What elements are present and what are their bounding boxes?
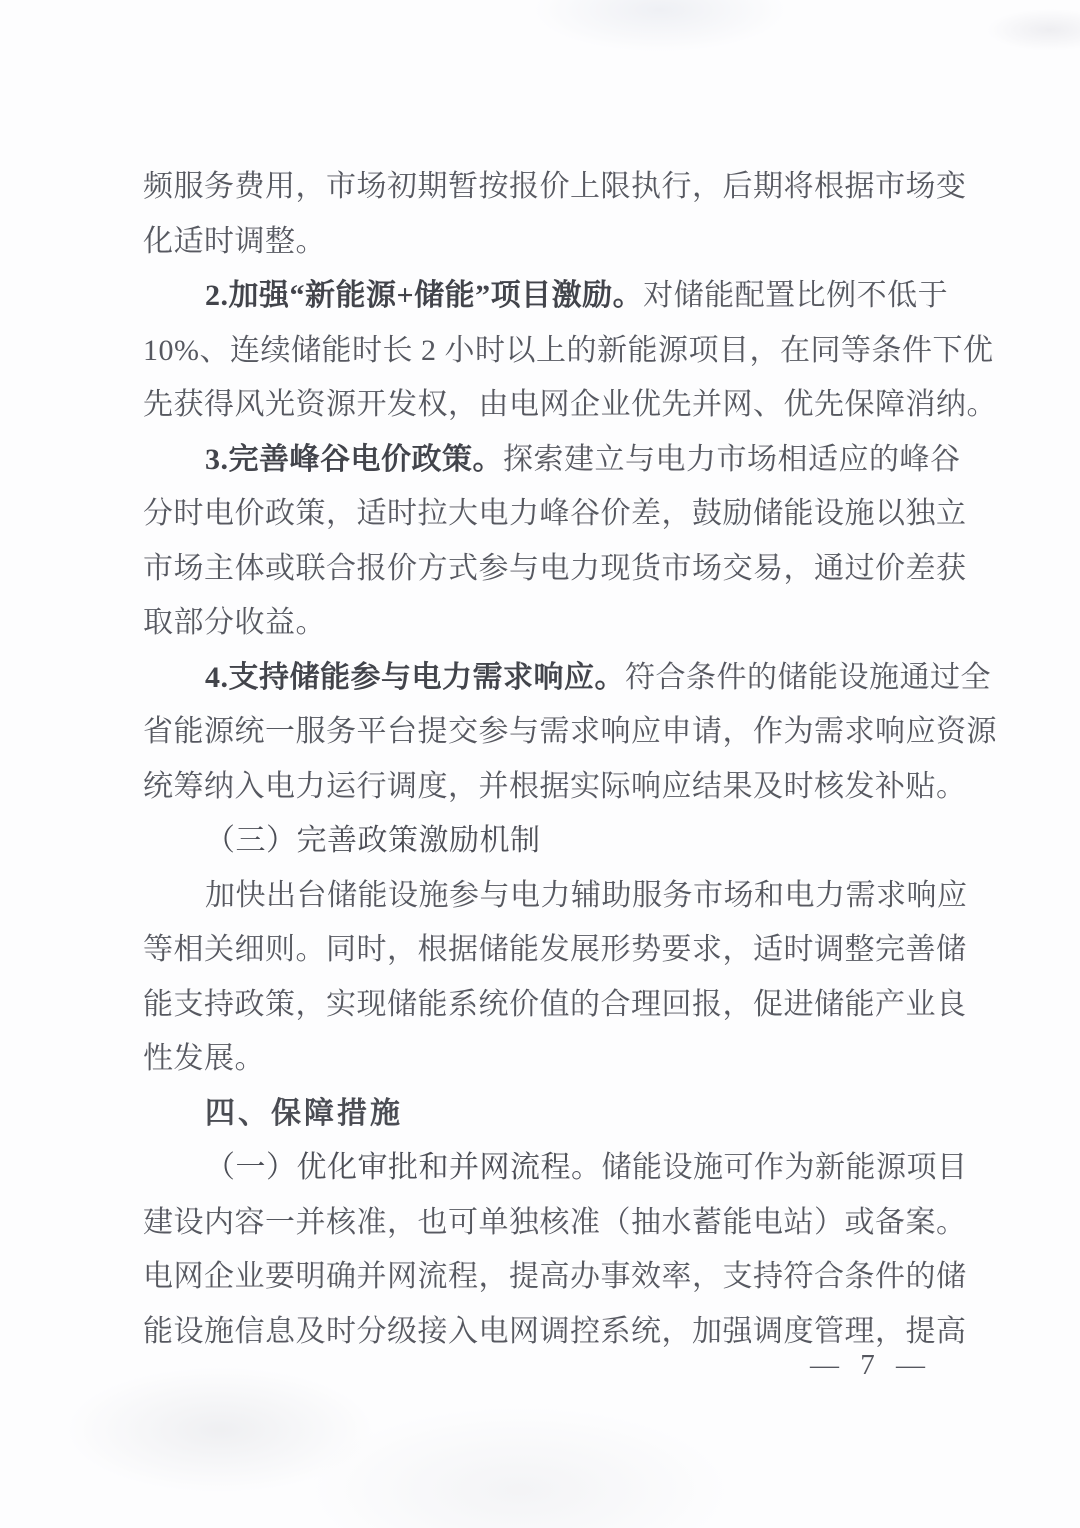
text-segment: 对储能配置比例不低于: [643, 279, 948, 312]
text-segment: 频服务费用，市场初期暂按报价上限执行，后期将根据市场变: [143, 170, 967, 203]
text-segment: 分时电价政策，适时拉大电力峰谷价差，鼓励储能设施以独立: [143, 497, 967, 530]
text-line: 性发展。: [143, 1032, 948, 1087]
text-segment: 先获得风光资源开发权，由电网企业优先并网、优先保障消纳。: [143, 388, 997, 421]
text-line: 先获得风光资源开发权，由电网企业优先并网、优先保障消纳。: [143, 378, 948, 433]
text-line: 3.完善峰谷电价政策。探索建立与电力市场相适应的峰谷: [143, 433, 948, 488]
text-line: 取部分收益。: [143, 596, 948, 651]
text-line: 频服务费用，市场初期暂按报价上限执行，后期将根据市场变: [143, 160, 948, 215]
text-segment: 10%、连续储能时长 2 小时以上的新能源项目，在同等条件下优: [143, 334, 994, 367]
text-line: （一）优化审批和并网流程。储能设施可作为新能源项目: [143, 1141, 948, 1196]
text-segment: 等相关细则。同时，根据储能发展形势要求，适时调整完善储: [143, 933, 967, 966]
text-segment: 加快出台储能设施参与电力辅助服务市场和电力需求响应: [205, 879, 968, 912]
text-line: 能支持政策，实现储能系统价值的合理回报，促进储能产业良: [143, 978, 948, 1033]
text-segment: 取部分收益。: [143, 606, 326, 639]
bold-lead-text: 4.支持储能参与电力需求响应。: [205, 661, 625, 694]
text-segment: （三）完善政策激励机制: [205, 824, 541, 857]
text-line: （三）完善政策激励机制: [143, 814, 948, 869]
text-line: 加快出台储能设施参与电力辅助服务市场和电力需求响应: [143, 869, 948, 924]
text-segment: 市场主体或联合报价方式参与电力现货市场交易，通过价差获: [143, 552, 967, 585]
text-line: 统筹纳入电力运行调度，并根据实际响应结果及时核发补贴。: [143, 760, 948, 815]
text-segment: 省能源统一服务平台提交参与需求响应申请，作为需求响应资源: [143, 715, 997, 748]
text-line: 化适时调整。: [143, 215, 948, 270]
text-line: 四、保障措施: [143, 1087, 948, 1142]
text-line: 10%、连续储能时长 2 小时以上的新能源项目，在同等条件下优: [143, 324, 948, 379]
text-line: 市场主体或联合报价方式参与电力现货市场交易，通过价差获: [143, 542, 948, 597]
text-line: 2.加强“新能源+储能”项目激励。对储能配置比例不低于: [143, 269, 948, 324]
bold-lead-text: 3.完善峰谷电价政策。: [205, 443, 503, 476]
text-segment: 符合条件的储能设施通过全: [625, 661, 991, 694]
text-segment: 性发展。: [143, 1042, 265, 1075]
text-line: 分时电价政策，适时拉大电力峰谷价差，鼓励储能设施以独立: [143, 487, 948, 542]
bold-lead-text: 2.加强“新能源+储能”项目激励。: [205, 279, 643, 312]
document-body: 频服务费用，市场初期暂按报价上限执行，后期将根据市场变化适时调整。2.加强“新能…: [143, 160, 948, 1359]
text-segment: 化适时调整。: [143, 225, 326, 258]
text-line: 建设内容一并核准，也可单独核准（抽水蓄能电站）或备案。: [143, 1196, 948, 1251]
text-segment: 探索建立与电力市场相适应的峰谷: [503, 443, 961, 476]
text-line: 4.支持储能参与电力需求响应。符合条件的储能设施通过全: [143, 651, 948, 706]
section-heading: 四、保障措施: [205, 1097, 403, 1130]
text-line: 省能源统一服务平台提交参与需求响应申请，作为需求响应资源: [143, 705, 948, 760]
document-page: 频服务费用，市场初期暂按报价上限执行，后期将根据市场变化适时调整。2.加强“新能…: [0, 0, 1080, 1528]
text-line: 等相关细则。同时，根据储能发展形势要求，适时调整完善储: [143, 923, 948, 978]
text-segment: 建设内容一并核准，也可单独核准（抽水蓄能电站）或备案。: [143, 1206, 967, 1239]
text-segment: 能支持政策，实现储能系统价值的合理回报，促进储能产业良: [143, 988, 967, 1021]
text-segment: （一）优化审批和并网流程。: [205, 1151, 602, 1184]
text-line: 电网企业要明确并网流程，提高办事效率，支持符合条件的储: [143, 1250, 948, 1305]
text-segment: 统筹纳入电力运行调度，并根据实际响应结果及时核发补贴。: [143, 770, 967, 803]
text-segment: 储能设施可作为新能源项目: [602, 1151, 968, 1184]
text-segment: 电网企业要明确并网流程，提高办事效率，支持符合条件的储: [143, 1260, 967, 1293]
page-number: — 7 —: [810, 1338, 932, 1392]
